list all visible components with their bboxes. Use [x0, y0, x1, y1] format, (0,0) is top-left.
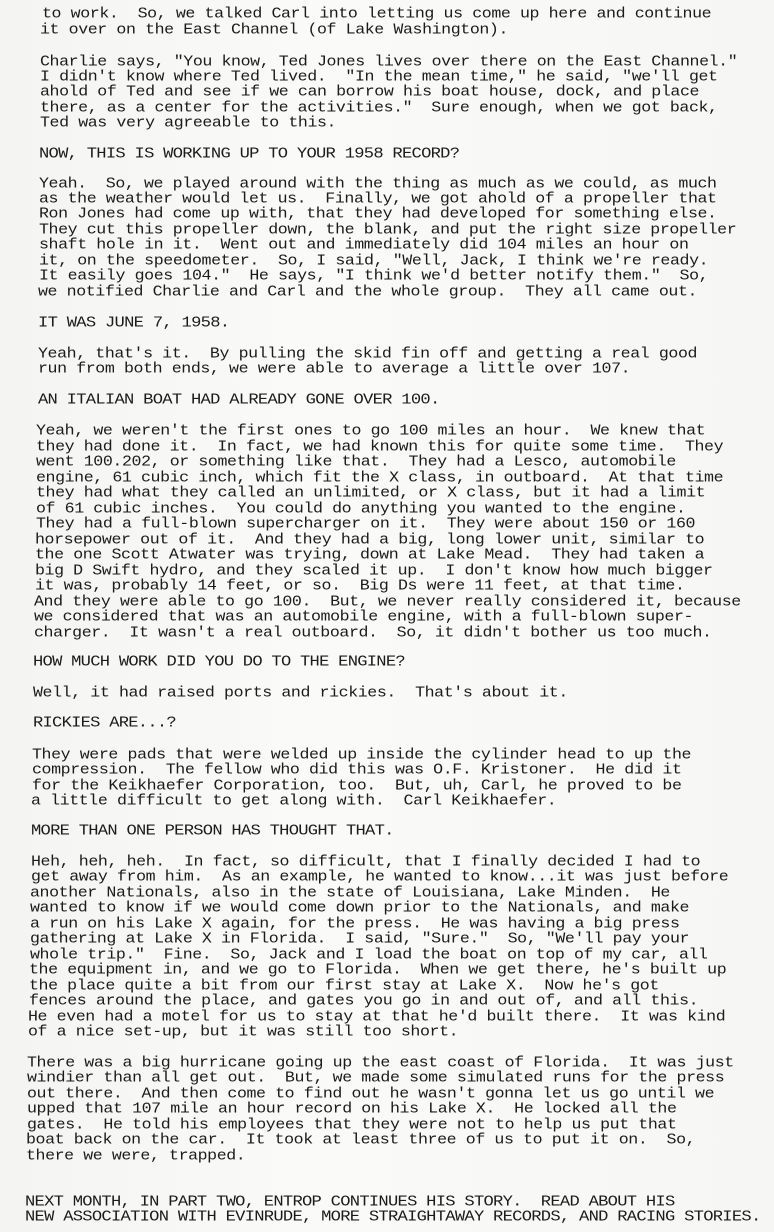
text-line: MORE THAN ONE PERSON HAS THOUGHT THAT. — [31, 824, 394, 839]
text-line: fences around the place, and gates you g… — [29, 994, 698, 1009]
text-line: RICKIES ARE...? — [33, 716, 176, 731]
text-line: IT WAS JUNE 7, 1958. — [38, 316, 229, 331]
text-line: engine, 61 cubic inch, which fit the X c… — [36, 471, 723, 486]
text-line: out there. And then come to find out he … — [27, 1087, 714, 1102]
text-line: boat back on the car. It took at least t… — [26, 1133, 695, 1148]
text-line: of a nice set-up, but it was still too s… — [28, 1025, 458, 1040]
text-line: of 61 cubic inches. You could do anythin… — [36, 502, 686, 517]
text-line: ahold of Ted and see if we can borrow hi… — [40, 85, 699, 100]
text-line: the equipment in, and we go to Florida. … — [29, 963, 726, 978]
text-line: Ron Jones had come up with, that they ha… — [39, 207, 717, 222]
text-line: Yeah, that's it. By pulling the skid fin… — [38, 347, 697, 362]
text-line: the one Scott Atwater was trying, down a… — [35, 548, 704, 563]
text-line: Ted was very agreeable to this. — [40, 116, 336, 131]
text-line: it, on the speedometer. So, I said, "Wel… — [39, 254, 708, 269]
text-line: He even had a motel for us to stay at th… — [28, 1010, 725, 1025]
text-line: AN ITALIAN BOAT HAD ALREADY GONE OVER 10… — [38, 393, 440, 408]
text-line: Charlie says, "You know, Ted Jones lives… — [40, 55, 737, 70]
text-line: They cut this propeller down, the blank,… — [39, 223, 736, 238]
text-line: windier than all get out. But, we made s… — [27, 1071, 724, 1086]
text-line: compression. The fellow who did this was… — [32, 763, 682, 778]
text-line: it over on the East Channel (of Lake Was… — [40, 23, 508, 38]
text-line: NEW ASSOCIATION WITH EVINRUDE, MORE STRA… — [25, 1210, 761, 1225]
text-line: wanted to know if we would come down pri… — [30, 901, 689, 916]
text-line: a little difficult to get along with. Ca… — [31, 794, 556, 809]
text-line: There was a big hurricane going up the e… — [27, 1056, 734, 1071]
text-line: And they were able to go 100. But, we ne… — [34, 595, 741, 610]
text-line: run from both ends, we were able to aver… — [38, 362, 630, 377]
text-line: NOW, THIS IS WORKING UP TO YOUR 1958 REC… — [39, 147, 459, 162]
text-line: as the weather would let us. Finally, we… — [39, 192, 717, 207]
text-line: get away from him. As an example, he wan… — [31, 870, 728, 885]
text-line: horsepower out of it. And they had a big… — [35, 533, 704, 548]
text-line: gathering at Lake X in Florida. I said, … — [30, 932, 689, 947]
text-line: NEXT MONTH, IN PART TWO, ENTROP CONTINUE… — [25, 1195, 675, 1210]
text-line: big D Swift hydro, and they scaled it up… — [35, 564, 713, 579]
text-line: They had a full-blown supercharger on it… — [36, 517, 695, 532]
text-line: Yeah. So, we played around with the thin… — [39, 177, 717, 192]
text-line: for the Keikhaefer Corporation, too. But… — [32, 779, 682, 794]
text-line: we notified Charlie and Carl and the who… — [38, 285, 697, 300]
text-line: another Nationals, also in the state of … — [30, 886, 670, 901]
text-line: whole trip." Fine. So, Jack and I load t… — [30, 948, 708, 963]
text-line: they had done it. In fact, we had known … — [36, 440, 723, 455]
text-line: shaft hole in it. Went out and immediate… — [39, 238, 689, 253]
text-line: Yeah, we weren't the first ones to go 10… — [36, 424, 705, 439]
text-line: there we were, trapped. — [26, 1149, 245, 1164]
text-line: They were pads that were welded up insid… — [32, 748, 691, 763]
text-line: HOW MUCH WORK DID YOU DO TO THE ENGINE? — [33, 655, 405, 670]
text-line: they had what they called an unlimited, … — [36, 486, 705, 501]
text-line: we considered that was an automobile eng… — [34, 610, 693, 625]
text-line: went 100.202, or something like that. Th… — [36, 455, 676, 470]
text-line: I didn't know where Ted lived. "In the m… — [40, 70, 718, 85]
text-line: Well, it had raised ports and rickies. T… — [33, 686, 568, 701]
text-line: charger. It wasn't a real outboard. So, … — [34, 626, 712, 641]
text-line: upped that 107 mile an hour record on hi… — [27, 1102, 677, 1117]
text-line: to work. So, we talked Carl into letting… — [42, 7, 711, 22]
text-line: it was, probably 14 feet, or so. Big Ds … — [35, 579, 685, 594]
text-line: there, as a center for the activities." … — [40, 101, 718, 116]
typewritten-page: to work. So, we talked Carl into letting… — [0, 0, 774, 1232]
text-line: gates. He told his employees that they w… — [27, 1118, 677, 1133]
text-line: the place quite a bit from our first sta… — [29, 979, 659, 994]
text-line: a run on his Lake X again, for the press… — [30, 917, 680, 932]
text-line: Heh, heh, heh. In fact, so difficult, th… — [31, 855, 700, 870]
text-line: It easily goes 104." He says, "I think w… — [39, 269, 708, 284]
